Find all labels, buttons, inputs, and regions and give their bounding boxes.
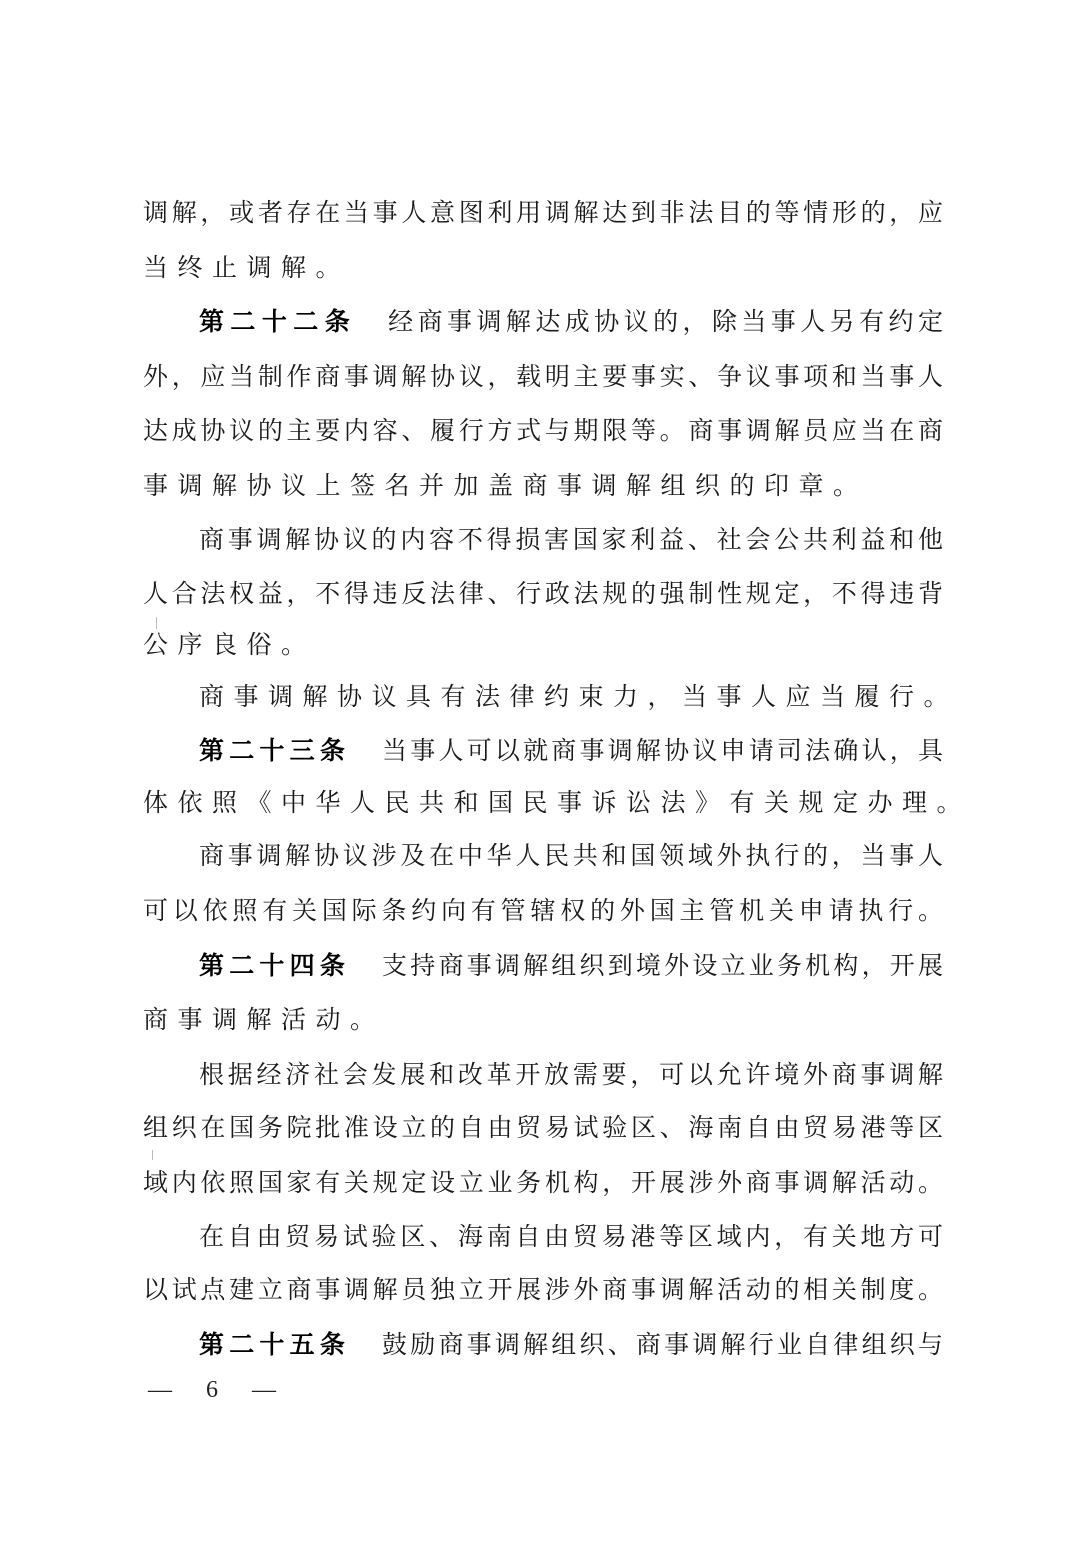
text-line: 商事调解协议具有法律约束力，当事人应当履行。 xyxy=(199,677,943,717)
text-line: 组织在国务院批准设立的自由贸易试验区、海南自由贸易港等区 xyxy=(143,1108,943,1148)
scan-artifact xyxy=(156,617,157,629)
text-line: 公序良俗。 xyxy=(143,625,943,665)
article-25-line: 第二十五条鼓励商事调解组织、商事调解行业自律组织与 xyxy=(199,1325,943,1365)
page-number: — 6 — xyxy=(148,1372,290,1408)
article-23-line: 第二十三条当事人可以就商事调解协议申请司法确认，具 xyxy=(199,731,943,771)
scan-artifact xyxy=(152,1150,153,1160)
article-heading: 第二十二条 xyxy=(199,307,356,336)
text-line: 外，应当制作商事调解协议，载明主要事实、争议事项和当事人 xyxy=(143,357,943,397)
document-page: 调解，或者存在当事人意图利用调解达到非法目的等情形的，应 当终止调解。 第二十二… xyxy=(0,0,1080,1542)
article-text: 支持商事调解组织到境外设立业务机构，开展 xyxy=(382,951,943,980)
article-22-line: 第二十二条经商事调解达成协议的，除当事人另有约定 xyxy=(199,302,943,342)
article-text: 经商事调解达成协议的，除当事人另有约定 xyxy=(388,307,943,336)
text-line: 域内依照国家有关规定设立业务机构，开展涉外商事调解活动。 xyxy=(143,1163,943,1203)
article-24-line: 第二十四条支持商事调解组织到境外设立业务机构，开展 xyxy=(199,946,943,986)
text-line: 调解，或者存在当事人意图利用调解达到非法目的等情形的，应 xyxy=(143,193,943,233)
text-line: 当终止调解。 xyxy=(143,248,943,288)
text-line: 根据经济社会发展和改革开放需要，可以允许境外商事调解 xyxy=(199,1055,943,1095)
article-heading: 第二十三条 xyxy=(199,736,350,765)
text-line: 达成协议的主要内容、履行方式与期限等。商事调解员应当在商 xyxy=(143,411,943,451)
text-line: 人合法权益，不得违反法律、行政法规的强制性规定，不得违背 xyxy=(143,574,943,614)
article-heading: 第二十五条 xyxy=(199,1330,350,1359)
text-line: 在自由贸易试验区、海南自由贸易港等区域内，有关地方可 xyxy=(199,1217,943,1257)
text-line: 事调解协议上签名并加盖商事调解组织的印章。 xyxy=(143,466,943,506)
article-heading: 第二十四条 xyxy=(199,951,350,980)
article-text: 鼓励商事调解组织、商事调解行业自律组织与 xyxy=(382,1330,943,1359)
text-line: 商事调解活动。 xyxy=(143,1000,943,1040)
text-line: 商事调解协议的内容不得损害国家利益、社会公共利益和他 xyxy=(199,520,943,560)
article-text: 当事人可以就商事调解协议申请司法确认，具 xyxy=(382,736,943,765)
text-line: 以试点建立商事调解员独立开展涉外商事调解活动的相关制度。 xyxy=(143,1270,943,1310)
text-line: 体依照《中华人民共和国民事诉讼法》有关规定办理。 xyxy=(143,783,943,823)
text-line: 可以依照有关国际条约向有管辖权的外国主管机关申请执行。 xyxy=(143,891,943,931)
text-line: 商事调解协议涉及在中华人民共和国领域外执行的，当事人 xyxy=(199,836,943,876)
